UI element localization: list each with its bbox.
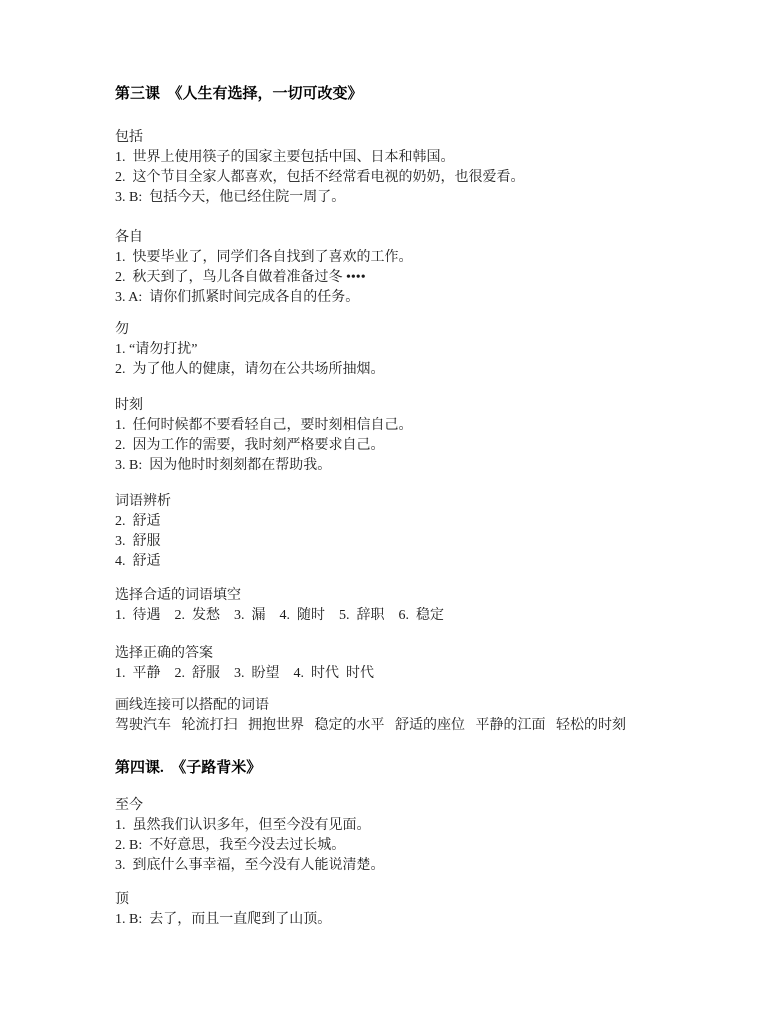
example-sentence: 2. 秋天到了，鸟儿各自做着准备过冬 •••• bbox=[115, 268, 715, 288]
word-group-gezi: 各自 1. 快要毕业了，同学们各自找到了喜欢的工作。 2. 秋天到了，鸟儿各自做… bbox=[115, 228, 715, 308]
document-page: 第三课 《人生有选择，一切可改变》 包括 1. 世界上使用筷子的国家主要包括中国… bbox=[0, 0, 768, 1024]
example-sentence: 2. 这个节目全家人都喜欢，包括不经常看电视的奶奶，也很爱看。 bbox=[115, 168, 715, 188]
answer-row: 1. 平静 2. 舒服 3. 盼望 4. 时代 时代 bbox=[115, 664, 715, 684]
word-group-ciyu-bianxi: 词语辨析 2. 舒适 3. 舒服 4. 舒适 bbox=[115, 492, 715, 572]
answer-item: 2. 舒适 bbox=[115, 512, 715, 532]
example-sentence: 3. B: 因为他时时刻刻都在帮助我。 bbox=[115, 456, 715, 476]
example-sentence: 1. 任何时候都不要看轻自己，要时刻相信自己。 bbox=[115, 416, 715, 436]
example-sentence: 1. “请勿打扰” bbox=[115, 340, 715, 360]
answer-row: 驾驶汽车 轮流打扫 拥抱世界 稳定的水平 舒适的座位 平静的江面 轻松的时刻 bbox=[115, 716, 715, 736]
word-group-title: 至今 bbox=[115, 796, 715, 816]
exercise-title: 选择正确的答案 bbox=[115, 644, 715, 664]
exercise-matching: 画线连接可以搭配的词语 驾驶汽车 轮流打扫 拥抱世界 稳定的水平 舒适的座位 平… bbox=[115, 696, 715, 736]
exercise-title: 选择合适的词语填空 bbox=[115, 586, 715, 606]
word-group-baokuo: 包括 1. 世界上使用筷子的国家主要包括中国、日本和韩国。 2. 这个节目全家人… bbox=[115, 128, 715, 208]
answer-row: 1. 待遇 2. 发愁 3. 漏 4. 随时 5. 辞职 6. 稳定 bbox=[115, 606, 715, 626]
word-group-title: 勿 bbox=[115, 320, 715, 340]
example-sentence: 3. B: 包括今天，他已经住院一周了。 bbox=[115, 188, 715, 208]
lesson-3-heading: 第三课 《人生有选择，一切可改变》 bbox=[115, 84, 715, 104]
example-sentence: 3. 到底什么事幸福，至今没有人能说清楚。 bbox=[115, 856, 715, 876]
exercise-choose-answer: 选择正确的答案 1. 平静 2. 舒服 3. 盼望 4. 时代 时代 bbox=[115, 644, 715, 684]
word-group-zhijin: 至今 1. 虽然我们认识多年，但至今没有见面。 2. B: 不好意思，我至今没去… bbox=[115, 796, 715, 876]
example-sentence: 1. 虽然我们认识多年，但至今没有见面。 bbox=[115, 816, 715, 836]
lesson-4-heading: 第四课. 《子路背米》 bbox=[115, 758, 715, 778]
word-group-title: 包括 bbox=[115, 128, 715, 148]
exercise-fill-in-blank: 选择合适的词语填空 1. 待遇 2. 发愁 3. 漏 4. 随时 5. 辞职 6… bbox=[115, 586, 715, 626]
example-sentence: 1. 快要毕业了，同学们各自找到了喜欢的工作。 bbox=[115, 248, 715, 268]
exercise-title: 画线连接可以搭配的词语 bbox=[115, 696, 715, 716]
example-sentence: 1. 世界上使用筷子的国家主要包括中国、日本和韩国。 bbox=[115, 148, 715, 168]
word-group-title: 时刻 bbox=[115, 396, 715, 416]
example-sentence: 2. 为了他人的健康，请勿在公共场所抽烟。 bbox=[115, 360, 715, 380]
word-group-wu: 勿 1. “请勿打扰” 2. 为了他人的健康，请勿在公共场所抽烟。 bbox=[115, 320, 715, 380]
answer-item: 3. 舒服 bbox=[115, 532, 715, 552]
example-sentence: 2. B: 不好意思，我至今没去过长城。 bbox=[115, 836, 715, 856]
word-group-title: 词语辨析 bbox=[115, 492, 715, 512]
word-group-shike: 时刻 1. 任何时候都不要看轻自己，要时刻相信自己。 2. 因为工作的需要，我时… bbox=[115, 396, 715, 476]
word-group-ding: 顶 1. B: 去了，而且一直爬到了山顶。 bbox=[115, 890, 715, 930]
word-group-title: 顶 bbox=[115, 890, 715, 910]
document-content: 第三课 《人生有选择，一切可改变》 包括 1. 世界上使用筷子的国家主要包括中国… bbox=[115, 84, 715, 930]
example-sentence: 3. A: 请你们抓紧时间完成各自的任务。 bbox=[115, 288, 715, 308]
example-sentence: 1. B: 去了，而且一直爬到了山顶。 bbox=[115, 910, 715, 930]
word-group-title: 各自 bbox=[115, 228, 715, 248]
example-sentence: 2. 因为工作的需要，我时刻严格要求自己。 bbox=[115, 436, 715, 456]
answer-item: 4. 舒适 bbox=[115, 552, 715, 572]
